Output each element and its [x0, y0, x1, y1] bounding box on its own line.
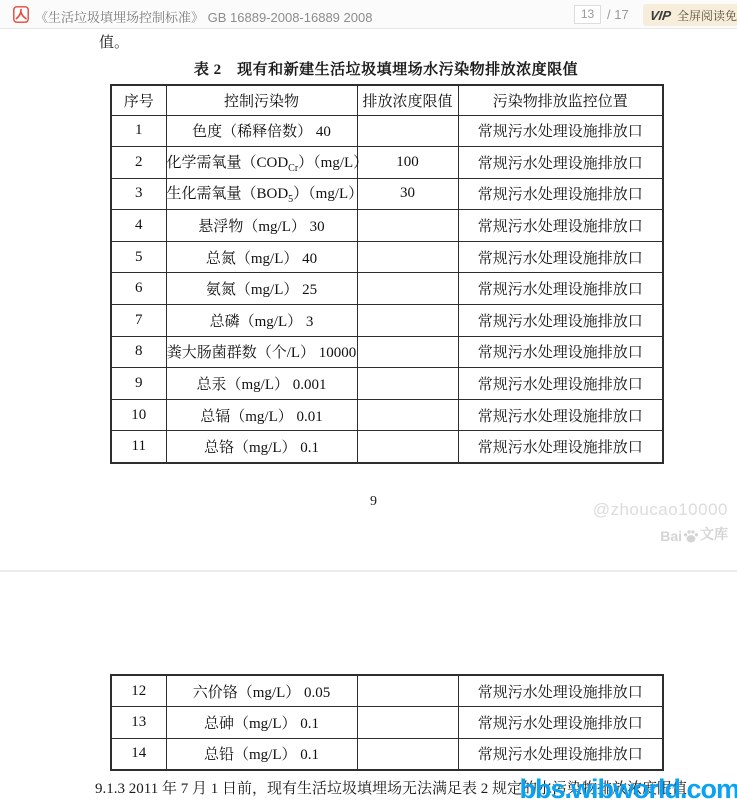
cell-no: 2 [111, 147, 166, 179]
cell-pollutant: 总砷（mg/L） 0.1 [166, 707, 357, 739]
cell-pollutant: 化学需氧量（CODCr）（mg/L） [166, 147, 357, 179]
cell-pollutant: 六价铬（mg/L） 0.05 [166, 675, 357, 707]
cell-pollutant: 总磷（mg/L） 3 [166, 305, 357, 337]
user-watermark: @zhoucao10000 [593, 500, 728, 520]
cell-limit [357, 115, 458, 147]
cell-location: 常规污水处理设施排放口 [458, 336, 663, 368]
cell-pollutant: 粪大肠菌群数（个/L） 10000 [166, 336, 357, 368]
table-row: 12 六价铬（mg/L） 0.05 常规污水处理设施排放口 [111, 675, 663, 707]
baidu-paw-icon [683, 529, 699, 546]
cell-limit [357, 241, 458, 273]
paragraph-fragment: 值。 [99, 31, 129, 52]
cell-no: 1 [111, 115, 166, 147]
cell-limit [357, 738, 458, 770]
header-no: 序号 [111, 85, 166, 115]
table-row: 5 总氮（mg/L） 40 常规污水处理设施排放口 [111, 241, 663, 273]
document-title: 《生活垃圾填埋场控制标准》 GB 16889-2008-16889 2008 [35, 7, 372, 26]
cell-no: 12 [111, 675, 166, 707]
cell-limit [357, 336, 458, 368]
cell-no: 9 [111, 368, 166, 400]
table-caption: 表 2 现有和新建生活垃圾填埋场水污染物排放浓度限值 [110, 58, 662, 79]
logo-text-bai: Bai [660, 528, 682, 544]
toolbar: 《生活垃圾填埋场控制标准》 GB 16889-2008-16889 2008 1… [0, 0, 737, 29]
cell-limit [357, 368, 458, 400]
table-header-row: 序号 控制污染物 排放浓度限值 污染物排放监控位置 [111, 85, 663, 115]
document-title-code: GB 16889-2008-16889 2008 [204, 10, 372, 25]
cell-no: 6 [111, 273, 166, 305]
cell-pollutant: 总铬（mg/L） 0.1 [166, 431, 357, 463]
cell-location: 常规污水处理设施排放口 [458, 178, 663, 210]
cell-location: 常规污水处理设施排放口 [458, 399, 663, 431]
cell-pollutant: 总铅（mg/L） 0.1 [166, 738, 357, 770]
pollutant-limits-table: 序号 控制污染物 排放浓度限值 污染物排放监控位置 1 色度（稀释倍数） 40 … [110, 84, 664, 464]
cell-no: 7 [111, 305, 166, 337]
cell-location: 常规污水处理设施排放口 [458, 273, 663, 305]
cell-pollutant: 悬浮物（mg/L） 30 [166, 210, 357, 242]
cell-location: 常规污水处理设施排放口 [458, 707, 663, 739]
header-limit: 排放浓度限值 [357, 85, 458, 115]
cell-location: 常规污水处理设施排放口 [458, 147, 663, 179]
cell-location: 常规污水处理设施排放口 [458, 305, 663, 337]
table-row: 3 生化需氧量（BOD5）（mg/L） 30 常规污水处理设施排放口 [111, 178, 663, 210]
cell-no: 8 [111, 336, 166, 368]
vip-badge-icon: VIP [649, 8, 672, 23]
current-page-input[interactable]: 13 [574, 5, 601, 24]
cell-no: 13 [111, 707, 166, 739]
cell-no: 11 [111, 431, 166, 463]
header-location: 污染物排放监控位置 [458, 85, 663, 115]
baidu-wenku-logo: Bai 文库 [660, 524, 728, 544]
vip-fullscreen-button[interactable]: VIP 全屏阅读免广 [643, 4, 737, 26]
forum-watermark: bbs.wibworld.com [519, 774, 737, 805]
cell-no: 5 [111, 241, 166, 273]
document-title-name: 《生活垃圾填埋场控制标准》 [35, 10, 204, 25]
cell-pollutant: 总镉（mg/L） 0.01 [166, 399, 357, 431]
table-row: 2 化学需氧量（CODCr）（mg/L） 100 常规污水处理设施排放口 [111, 147, 663, 179]
table-row: 6 氨氮（mg/L） 25 常规污水处理设施排放口 [111, 273, 663, 305]
vip-action-label: 全屏阅读免广 [677, 7, 737, 24]
header-pollutant: 控制污染物 [166, 85, 357, 115]
cell-location: 常规污水处理设施排放口 [458, 738, 663, 770]
table-row: 4 悬浮物（mg/L） 30 常规污水处理设施排放口 [111, 210, 663, 242]
cell-limit [357, 273, 458, 305]
cell-location: 常规污水处理设施排放口 [458, 241, 663, 273]
cell-limit: 30 [357, 178, 458, 210]
cell-pollutant: 总氮（mg/L） 40 [166, 241, 357, 273]
cell-limit [357, 675, 458, 707]
cell-limit: 100 [357, 147, 458, 179]
table-row: 7 总磷（mg/L） 3 常规污水处理设施排放口 [111, 305, 663, 337]
cell-limit [357, 707, 458, 739]
total-pages-label: / 17 [607, 7, 629, 22]
cell-no: 14 [111, 738, 166, 770]
pollutant-limits-table-continued: 12 六价铬（mg/L） 0.05 常规污水处理设施排放口 13 总砷（mg/L… [110, 674, 664, 771]
document-viewer: 《生活垃圾填埋场控制标准》 GB 16889-2008-16889 2008 1… [0, 0, 737, 807]
cell-no: 3 [111, 178, 166, 210]
cell-pollutant: 总汞（mg/L） 0.001 [166, 368, 357, 400]
table-row: 13 总砷（mg/L） 0.1 常规污水处理设施排放口 [111, 707, 663, 739]
cell-limit [357, 431, 458, 463]
cell-pollutant: 色度（稀释倍数） 40 [166, 115, 357, 147]
cell-location: 常规污水处理设施排放口 [458, 115, 663, 147]
table-row: 1 色度（稀释倍数） 40 常规污水处理设施排放口 [111, 115, 663, 147]
cell-no: 10 [111, 399, 166, 431]
table-row: 14 总铅（mg/L） 0.1 常规污水处理设施排放口 [111, 738, 663, 770]
table-row: 11 总铬（mg/L） 0.1 常规污水处理设施排放口 [111, 431, 663, 463]
cell-location: 常规污水处理设施排放口 [458, 431, 663, 463]
document-page-number: 9 [370, 494, 377, 510]
table-row: 8 粪大肠菌群数（个/L） 10000 常规污水处理设施排放口 [111, 336, 663, 368]
page-break-divider [0, 570, 737, 572]
table-row: 9 总汞（mg/L） 0.001 常规污水处理设施排放口 [111, 368, 663, 400]
cell-no: 4 [111, 210, 166, 242]
cell-limit [357, 305, 458, 337]
cell-pollutant: 生化需氧量（BOD5）（mg/L） [166, 178, 357, 210]
cell-limit [357, 399, 458, 431]
pdf-file-icon [13, 6, 29, 28]
table-row: 10 总镉（mg/L） 0.01 常规污水处理设施排放口 [111, 399, 663, 431]
cell-location: 常规污水处理设施排放口 [458, 675, 663, 707]
cell-location: 常规污水处理设施排放口 [458, 210, 663, 242]
cell-location: 常规污水处理设施排放口 [458, 368, 663, 400]
cell-pollutant: 氨氮（mg/L） 25 [166, 273, 357, 305]
logo-text-wenku: 文库 [700, 524, 728, 544]
cell-limit [357, 210, 458, 242]
